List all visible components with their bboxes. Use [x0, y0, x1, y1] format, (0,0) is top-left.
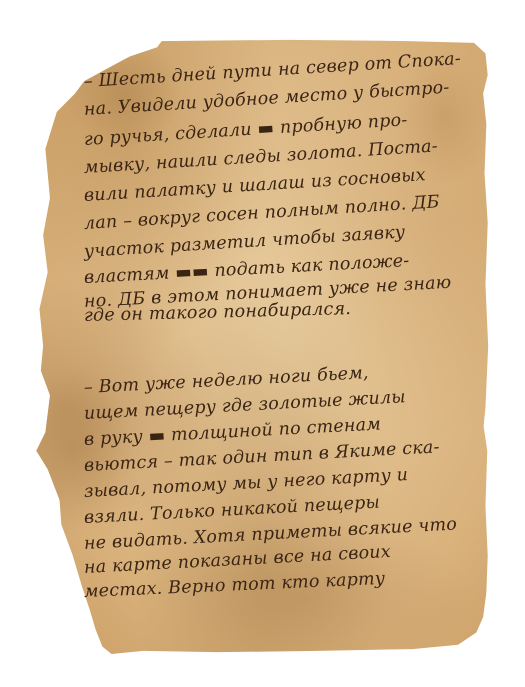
page-background: – Шесть дней пути на север от Спока- на.… — [0, 0, 525, 687]
